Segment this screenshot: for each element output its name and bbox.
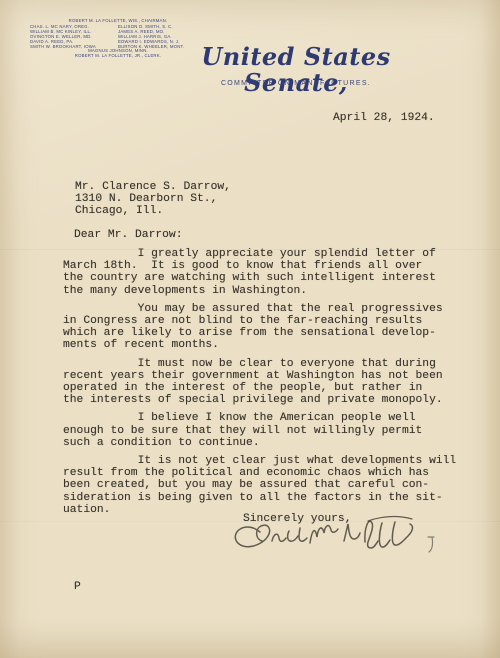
signature — [226, 510, 430, 568]
pen-mark-j — [424, 534, 438, 556]
committee-name: COMMITTEE ON MANUFACTURES. — [178, 80, 414, 87]
recipient-address: Mr. Clarence S. Darrow, 1310 N. Dearborn… — [75, 181, 231, 218]
pen-mark-glyph — [424, 534, 438, 556]
body-paragraph: It is not yet clear just what developmen… — [63, 455, 463, 516]
letter-date: April 28, 1924. — [333, 112, 435, 124]
body-paragraph: I greatly appreciate your splendid lette… — [63, 248, 463, 297]
salutation: Dear Mr. Darrow: — [74, 229, 182, 241]
signature-scrawl — [226, 510, 430, 568]
body-paragraph: It must now be clear to everyone that du… — [63, 358, 463, 407]
body-paragraph: I believe I know the American people wel… — [63, 412, 463, 449]
letter-page: ROBERT M. LA FOLLETTE, WIS., CHAIRMAN. C… — [0, 0, 500, 658]
senate-masthead: United States Senate, — [178, 44, 414, 96]
roster-left-column: CHAS. L. MC NARY, OREG. WILLIAM B. MC KI… — [30, 25, 118, 50]
typist-initials: P — [74, 581, 81, 593]
letter-body: I greatly appreciate your splendid lette… — [63, 248, 463, 522]
body-paragraph: You may be assured that the real progres… — [63, 303, 463, 352]
